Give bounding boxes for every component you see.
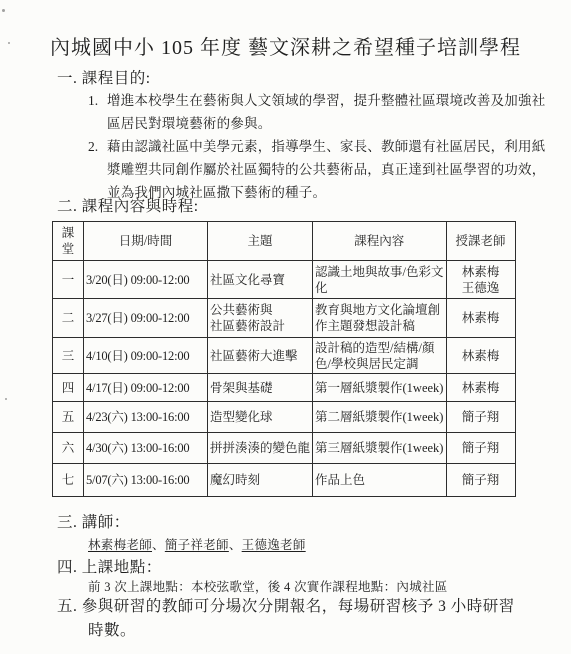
lecturer-name: 簡子祥老師 [165,538,229,552]
cell-content: 第一層紙漿製作(1week) [313,374,446,402]
location-detail: 前 3 次上課地點：本校弦歌堂，後 4 次實作課程地點：內城社區 [88,577,448,595]
cell-teacher: 林素梅 [446,299,515,338]
location-heading: 四. 上課地點： [57,555,162,577]
lecturer-names: 林素梅老師、簡子祥老師、王德逸老師 [88,535,306,553]
purpose-item-text: 增進本校學生在藝術與人文領域的學習，提升整體社區環境改善及加強社區居民對環境藝術… [107,89,545,135]
cell-lesson: 三 [53,338,84,374]
purpose-item-1: 1.增進本校學生在藝術與人文領域的學習，提升整體社區環境改善及加強社區居民對環境… [88,89,533,135]
cell-datetime: 4/23(六) 13:00-16:00 [84,402,208,433]
cell-datetime: 3/20(日) 09:00-12:00 [84,261,208,299]
cell-topic: 魔幻時刻 [208,464,313,497]
column-lesson-header: 課堂 [53,222,84,261]
purpose-item-number: 1. [88,89,107,135]
cell-lesson: 六 [53,433,84,464]
cell-datetime: 4/10(日) 09:00-12:00 [84,338,208,374]
purpose-list: 1.增進本校學生在藝術與人文領域的學習，提升整體社區環境改善及加強社區居民對環境… [88,89,533,204]
cell-datetime: 4/17(日) 09:00-12:00 [84,374,208,402]
cell-content: 教育與地方文化論壇創作主題發想設計稿 [313,299,446,338]
lecturer-name: 林素梅老師 [88,538,152,552]
cell-lesson: 二 [53,299,84,338]
course-row-4: 四4/17(日) 09:00-12:00骨架與基礎第一層紙漿製作(1week)林… [53,374,516,402]
cell-datetime: 5/07(六) 13:00-16:00 [84,464,208,497]
course-row-3: 三4/10(日) 09:00-12:00社區藝術大進擊設計稿的造型/結構/顏色/… [53,338,516,374]
cell-content: 認識土地與故事/色彩文化 [313,261,446,299]
course-row-5: 五4/23(六) 13:00-16:00造型變化球第二層紙漿製作(1week)簡… [53,402,516,433]
column-content-header: 課程內容 [313,222,446,261]
cell-lesson: 五 [53,402,84,433]
cell-topic: 公共藝術與社區藝術設計 [208,299,313,338]
cell-teacher: 林素梅 [446,374,515,402]
course-row-7: 七5/07(六) 13:00-16:00魔幻時刻作品上色簡子翔 [53,464,516,497]
course-schedule-table: 課堂日期/時間主題課程內容授課老師 一3/20(日) 09:00-12:00社區… [52,221,516,497]
cell-teacher: 簡子翔 [446,402,515,433]
cell-lesson: 一 [53,261,84,299]
lecturer-name: 王德逸老師 [242,538,306,552]
cell-lesson: 七 [53,464,84,497]
scan-speckle [5,398,7,400]
cell-content: 作品上色 [313,464,446,497]
note-line-1: 五. 參與研習的教師可分場次分開報名，每場研習核予 3 小時研習 [57,594,515,616]
scanned-document-page: 內城國中小 105 年度 藝文深耕之希望種子培訓學程 一. 課程目的: 1.增進… [0,0,571,654]
cell-datetime: 3/27(日) 09:00-12:00 [84,299,208,338]
cell-teacher: 簡子翔 [446,433,515,464]
cell-content: 第三層紙漿製作(1week) [313,433,446,464]
course-row-6: 六4/30(六) 13:00-16:00拼拼湊湊的變色龍第三層紙漿製作(1wee… [53,433,516,464]
purpose-heading: 一. 課程目的: [57,66,151,88]
cell-lesson: 四 [53,374,84,402]
cell-topic: 骨架與基礎 [208,374,313,402]
column-teacher-header: 授課老師 [446,222,515,261]
cell-topic: 社區文化尋寶 [208,261,313,299]
cell-content: 設計稿的造型/結構/顏色/學校與居民定調 [313,338,446,374]
column-topic-header: 主題 [208,222,313,261]
cell-teacher: 簡子翔 [446,464,515,497]
note-line-2: 時數。 [88,618,136,640]
cell-teacher: 林素梅 [446,338,515,374]
cell-topic: 社區藝術大進擊 [208,338,313,374]
scan-speckle [2,9,5,12]
cell-topic: 拼拼湊湊的變色龍 [208,433,313,464]
cell-teacher: 林素梅王德逸 [446,261,515,299]
lecturers-heading: 三. 講師： [57,510,130,532]
cell-topic: 造型變化球 [208,402,313,433]
document-title: 內城國中小 105 年度 藝文深耕之希望種子培訓學程 [0,31,571,60]
schedule-heading: 二. 課程內容與時程: [57,194,199,216]
course-row-2: 二3/27(日) 09:00-12:00公共藝術與社區藝術設計教育與地方文化論壇… [53,299,516,338]
cell-datetime: 4/30(六) 13:00-16:00 [84,433,208,464]
cell-content: 第二層紙漿製作(1week) [313,402,446,433]
column-datetime-header: 日期/時間 [84,222,208,261]
course-row-1: 一3/20(日) 09:00-12:00社區文化尋寶認識土地與故事/色彩文化林素… [53,261,516,299]
